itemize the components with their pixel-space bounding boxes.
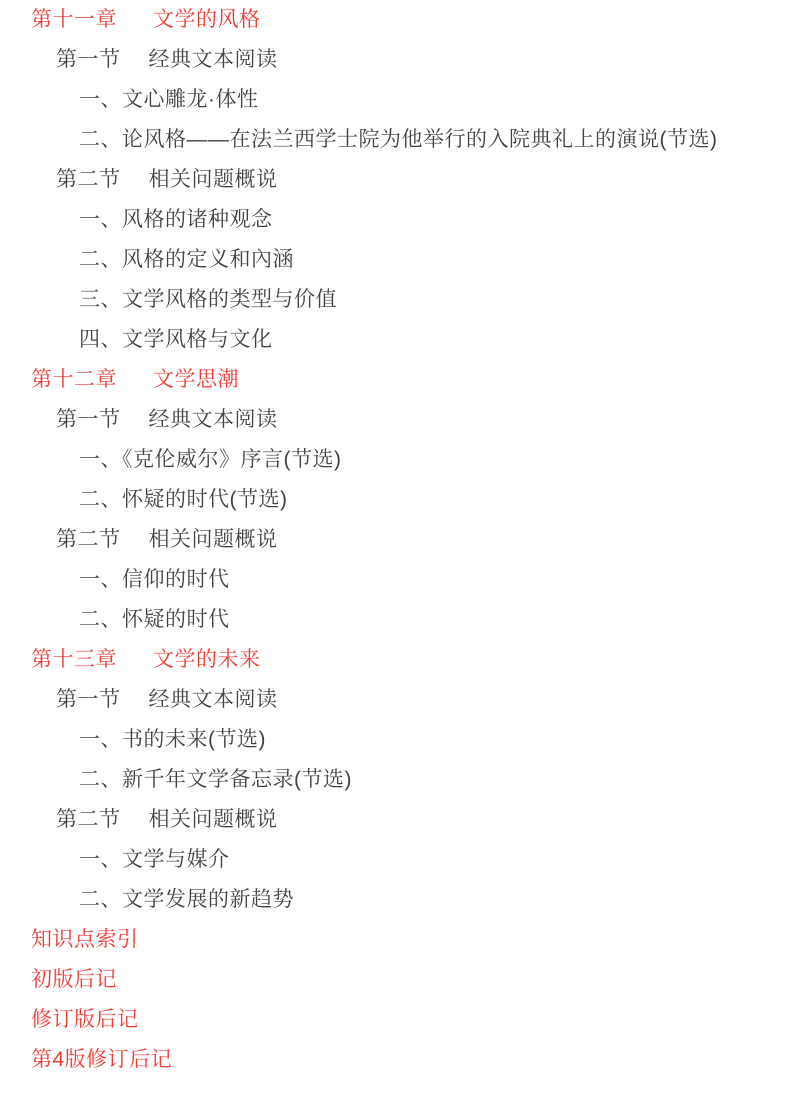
section-heading: 第二节相关问题概说	[0, 520, 790, 560]
toc-item: 一、书的未来(节选)	[0, 720, 790, 760]
section-title: 相关问题概说	[149, 520, 278, 560]
chapter-heading: 第十三章文学的未来	[0, 640, 790, 680]
toc-item: 三、文学风格的类型与价值	[0, 280, 790, 320]
chapter-title: 文学的未来	[153, 640, 261, 680]
section-heading: 第一节经典文本阅读	[0, 400, 790, 440]
toc-item: 一、风格的诸种观念	[0, 200, 790, 240]
section-label: 第二节	[56, 520, 121, 560]
chapter-heading: 第十一章文学的风格	[0, 0, 790, 40]
section-label: 第一节	[56, 40, 121, 80]
toc-item: 二、怀疑的时代	[0, 600, 790, 640]
chapter-label: 第十二章	[31, 360, 117, 400]
section-heading: 第一节经典文本阅读	[0, 680, 790, 720]
toc-item: 四、文学风格与文化	[0, 320, 790, 360]
toc-item: 二、文学发展的新趋势	[0, 880, 790, 920]
section-label: 第一节	[56, 680, 121, 720]
back-matter-item: 知识点索引	[0, 920, 790, 960]
toc-item: 一、文学与媒介	[0, 840, 790, 880]
section-heading: 第二节相关问题概说	[0, 800, 790, 840]
toc-item: 一、文心雕龙·体性	[0, 80, 790, 120]
chapter-title: 文学思潮	[153, 360, 239, 400]
toc-page: 第十一章文学的风格 第一节经典文本阅读 一、文心雕龙·体性 二、论风格——在法兰…	[0, 0, 790, 1100]
section-title: 相关问题概说	[149, 800, 278, 840]
section-label: 第二节	[56, 800, 121, 840]
back-matter-item: 第4版修订后记	[0, 1040, 790, 1080]
toc-item: 二、怀疑的时代(节选)	[0, 480, 790, 520]
chapter-label: 第十三章	[31, 640, 117, 680]
toc-item: 一、信仰的时代	[0, 560, 790, 600]
section-title: 相关问题概说	[149, 160, 278, 200]
section-title: 经典文本阅读	[149, 40, 278, 80]
back-matter-item: 初版后记	[0, 960, 790, 1000]
section-heading: 第一节经典文本阅读	[0, 40, 790, 80]
toc-item: 二、新千年文学备忘录(节选)	[0, 760, 790, 800]
back-matter-item: 修订版后记	[0, 1000, 790, 1040]
chapter-label: 第十一章	[31, 0, 117, 40]
table-of-contents: 第十一章文学的风格 第一节经典文本阅读 一、文心雕龙·体性 二、论风格——在法兰…	[0, 0, 790, 1080]
section-label: 第一节	[56, 400, 121, 440]
toc-item: 二、风格的定义和內涵	[0, 240, 790, 280]
toc-item: 一、《克伦威尔》序言(节选)	[0, 440, 790, 480]
toc-item: 二、论风格——在法兰西学士院为他举行的入院典礼上的演说(节选)	[0, 120, 790, 160]
section-heading: 第二节相关问题概说	[0, 160, 790, 200]
chapter-heading: 第十二章文学思潮	[0, 360, 790, 400]
section-title: 经典文本阅读	[149, 400, 278, 440]
section-title: 经典文本阅读	[149, 680, 278, 720]
chapter-title: 文学的风格	[153, 0, 261, 40]
section-label: 第二节	[56, 160, 121, 200]
